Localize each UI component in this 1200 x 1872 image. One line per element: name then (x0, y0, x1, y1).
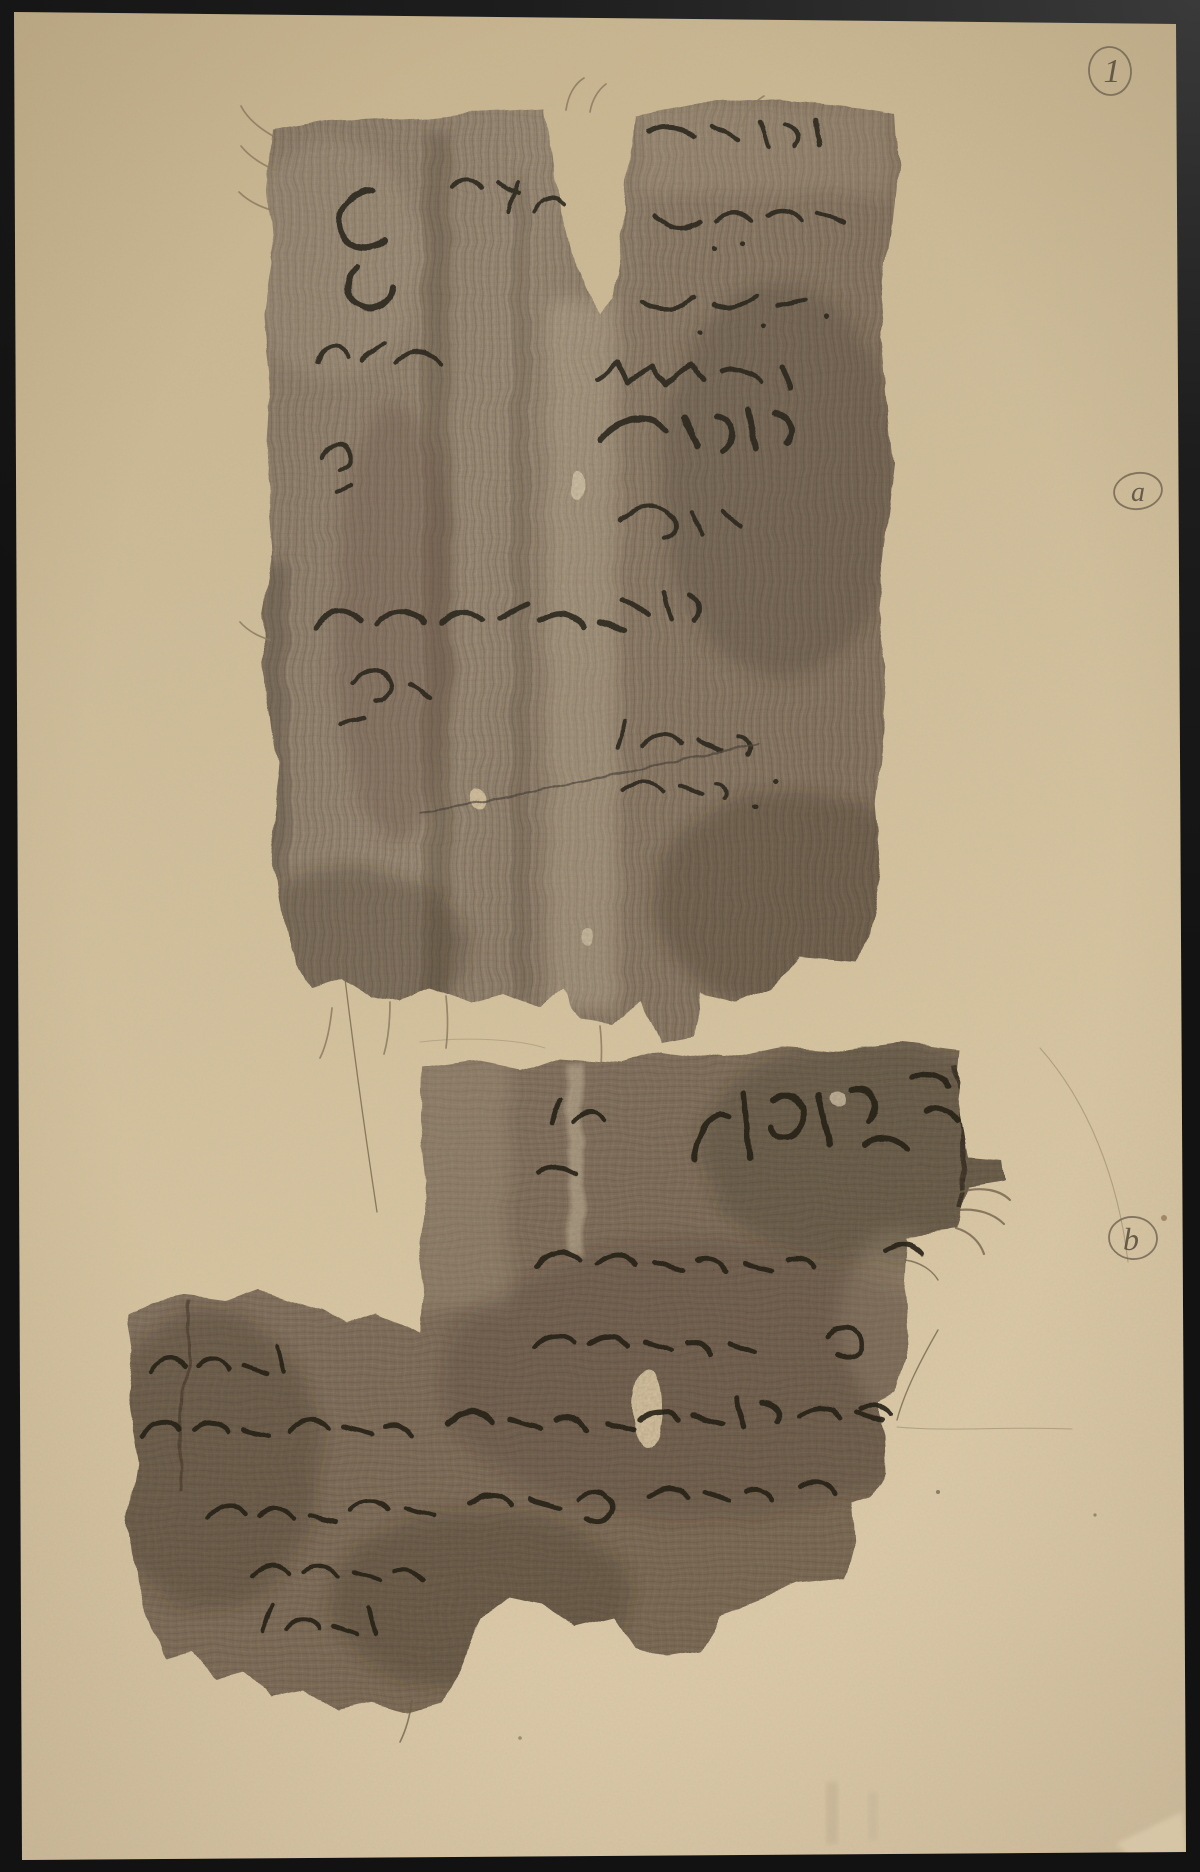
scanned-plate: 1 a b (0, 0, 1200, 1872)
fragment-a-label: a (1131, 477, 1145, 508)
plate-number-label: 1 (1104, 53, 1121, 90)
scan-canvas: 1 a b (0, 0, 1200, 1872)
fragment-b-label: b (1123, 1221, 1139, 1257)
